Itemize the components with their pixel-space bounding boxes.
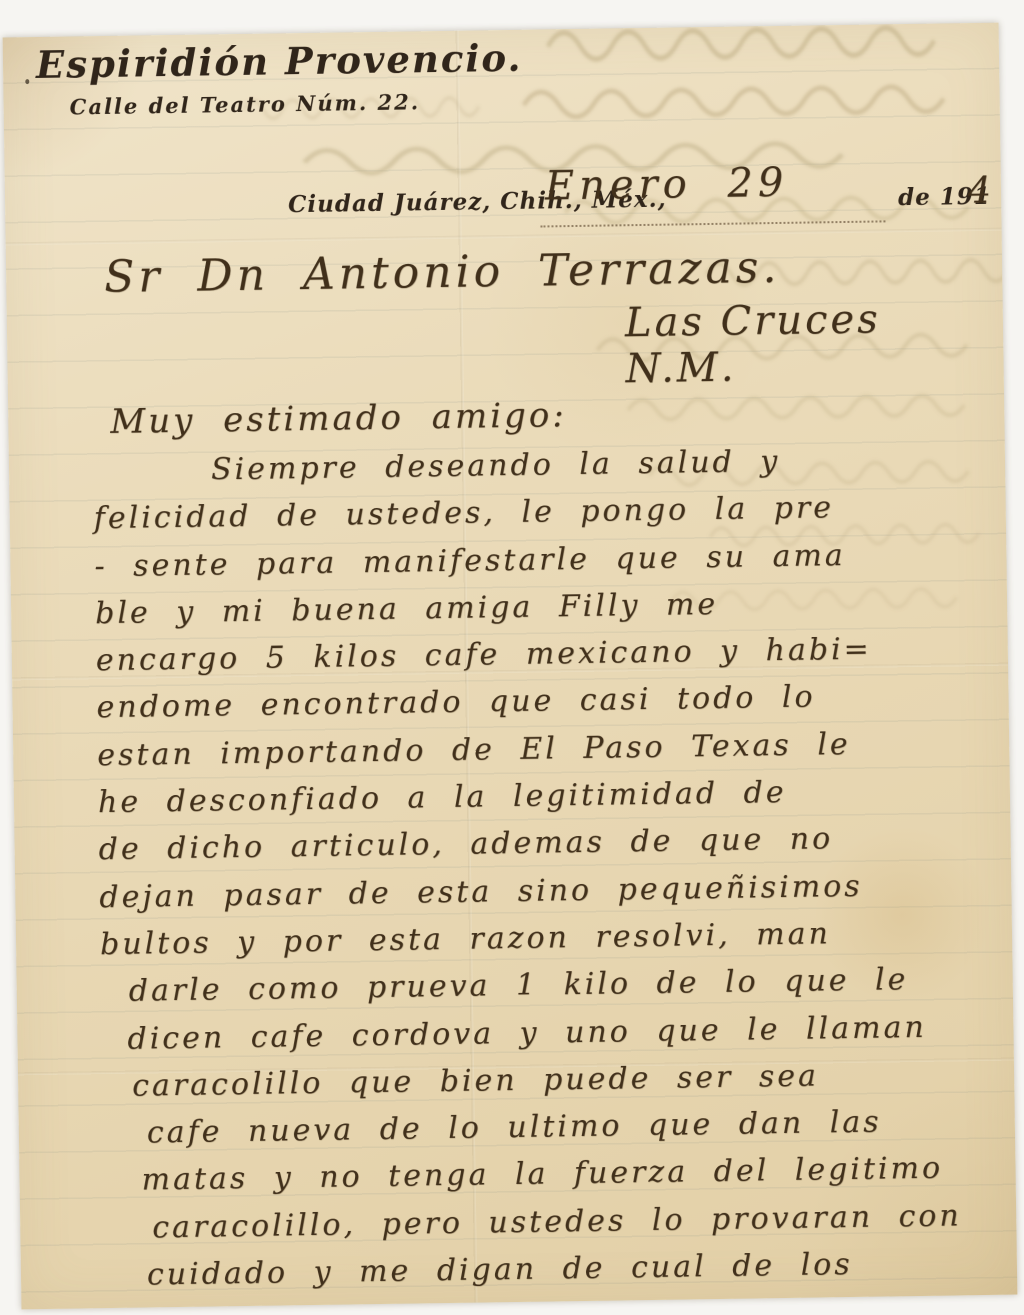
ink-speck [25, 79, 29, 84]
scanned-letter-page: Espiridión Provencio. Calle del Teatro N… [0, 0, 1024, 1315]
recipient-name-line: Sr Dn Antonio Terrazas. [104, 242, 781, 303]
paper-sheet: Espiridión Provencio. Calle del Teatro N… [3, 23, 1018, 1310]
fold-crease-horizontal-top [6, 228, 1002, 246]
recipient-place-line: Las Cruces N.M. [625, 295, 1004, 393]
letterhead-address: Calle del Teatro Núm. 22. [69, 89, 420, 119]
dateline-year-handwritten: 4 [968, 171, 992, 212]
salutation: Muy estimado amigo: [110, 395, 567, 442]
letter-body: Siempre deseando la salud y felicidad de… [93, 437, 1006, 1302]
dateline-dotted-rule [540, 220, 885, 227]
letterhead-name: Espiridión Provencio. [36, 36, 523, 87]
dateline-date-handwritten: Enero 29 [545, 160, 789, 210]
